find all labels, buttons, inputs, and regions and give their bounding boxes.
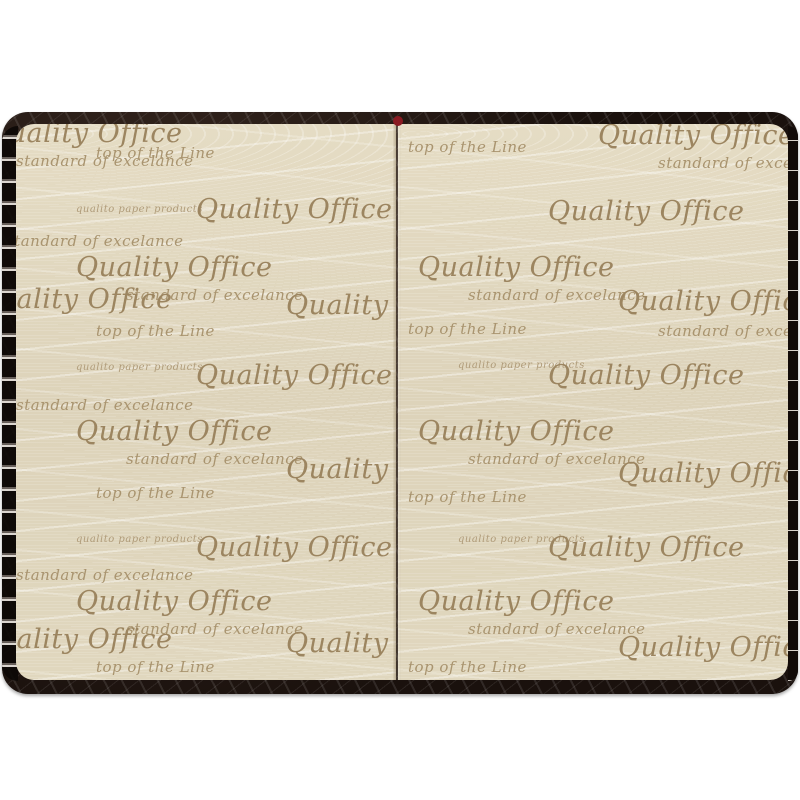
script-quality-office: Quality Office [418, 252, 614, 283]
script-quality-office: Quality Office [418, 416, 614, 447]
script-quality-office: Quality Office [286, 454, 396, 485]
book-gutter [393, 124, 401, 680]
script-quality-office: Quality Office [16, 284, 172, 315]
script-quality-office: Quality Office [16, 624, 172, 655]
script-quality-office: Quality Office [196, 360, 392, 391]
cover-texture-right [788, 126, 798, 681]
script-top-line: top of the Line [96, 144, 215, 162]
script-products: qualito paper products [76, 362, 203, 373]
left-endpaper: Quality Office standard of excelance top… [16, 124, 396, 680]
script-quality-office: Quality Office [76, 252, 272, 283]
script-top-line: top of the Line [96, 322, 215, 340]
script-top-line: top of the Line [408, 658, 527, 676]
script-products: qualito paper products [76, 204, 203, 215]
script-standard: standard of excelance [16, 566, 194, 584]
script-quality-office: Quality Office [196, 532, 392, 563]
script-quality-office: Quality Office [618, 458, 788, 489]
script-top-line: top of the Line [96, 658, 215, 676]
script-quality-office: Quality Office [286, 628, 396, 659]
script-top-line: top of the Line [408, 138, 527, 156]
script-standard: standard of excelance [16, 232, 184, 250]
script-quality-office: Quality Office [598, 124, 788, 151]
script-standard: standard of excelance [658, 154, 788, 172]
script-standard: standard of excelance [126, 450, 304, 468]
script-quality-office: Quality Office [618, 286, 788, 317]
script-quality-office: Quality Office [618, 632, 788, 663]
ribbon-marker [393, 116, 403, 126]
script-quality-office: Quality Office [76, 416, 272, 447]
script-standard: standard of excelance [658, 322, 788, 340]
script-quality-office: Quality Office [548, 532, 744, 563]
script-quality-office: Quality Office [196, 194, 392, 225]
script-standard: standard of excelance [16, 396, 194, 414]
script-top-line: top of the Line [408, 320, 527, 338]
script-quality-office: Quality Office [76, 586, 272, 617]
script-quality-office: Quality Office [548, 196, 744, 227]
script-top-line: top of the Line [408, 488, 527, 506]
script-quality-office: Quality Office [286, 290, 396, 321]
right-endpaper: Quality Office top of the Line standard … [398, 124, 788, 680]
script-top-line: top of the Line [96, 484, 215, 502]
script-quality-office: Quality Office [548, 360, 744, 391]
script-quality-office: Quality Office [418, 586, 614, 617]
script-products: qualito paper products [76, 534, 203, 545]
